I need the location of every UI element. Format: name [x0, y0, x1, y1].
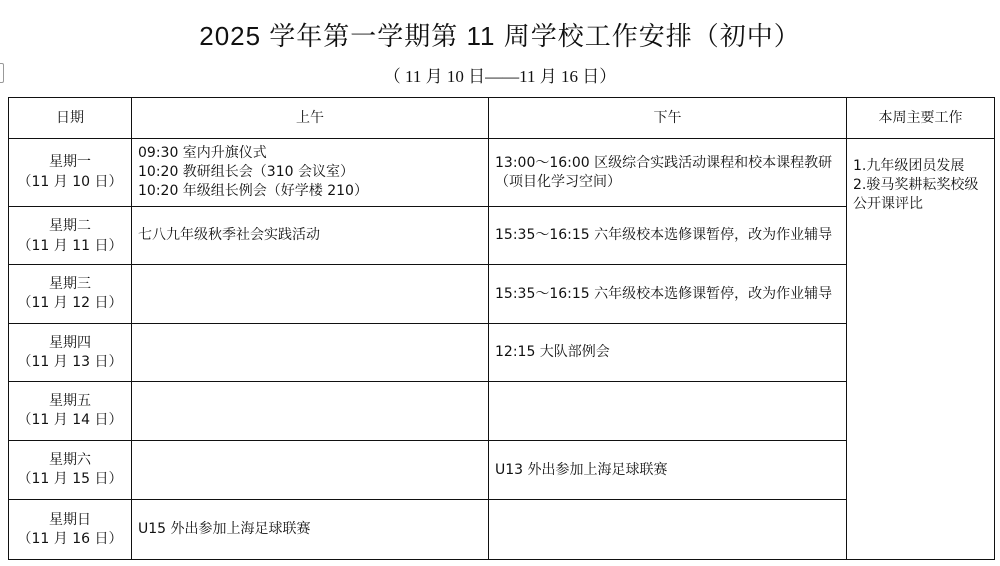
morning-cell: [132, 265, 489, 324]
header-row: 日期 上午 下午 本周主要工作: [9, 98, 995, 139]
morning-cell: 七八九年级秋季社会实践活动: [132, 207, 489, 265]
header-morning: 上午: [132, 98, 489, 139]
afternoon-cell: [489, 500, 847, 560]
afternoon-cell: 12:15 大队部例会: [489, 324, 847, 382]
morning-cell: 09:30 室内升旗仪式 10:20 教研组长会（310 会议室） 10:20 …: [132, 139, 489, 207]
date-label: （11 月 14 日）: [15, 411, 125, 430]
main-work-item: 1.九年级团员发展: [853, 157, 988, 176]
weekday-label: 星期二: [15, 216, 125, 236]
afternoon-cell: 15:35～16:15 六年级校本选修课暂停，改为作业辅导: [489, 265, 847, 324]
date-label: （11 月 13 日）: [15, 353, 125, 372]
morning-cell: [132, 441, 489, 500]
table-row-monday: 星期一 （11 月 10 日） 09:30 室内升旗仪式 10:20 教研组长会…: [9, 139, 995, 207]
date-cell: 星期六 （11 月 15 日）: [9, 441, 132, 500]
date-label: （11 月 12 日）: [15, 294, 125, 313]
date-label: （11 月 10 日）: [15, 172, 125, 192]
afternoon-cell: 15:35～16:15 六年级校本选修课暂停，改为作业辅导: [489, 207, 847, 265]
header-afternoon: 下午: [489, 98, 847, 139]
schedule-table: 日期 上午 下午 本周主要工作 星期一 （11 月 10 日） 09:30 室内…: [8, 97, 995, 560]
afternoon-cell: U13 外出参加上海足球联赛: [489, 441, 847, 500]
date-cell: 星期四 （11 月 13 日）: [9, 324, 132, 382]
header-main-work: 本周主要工作: [847, 98, 995, 139]
main-work-cell: 1.九年级团员发展 2.骏马奖耕耘奖校级公开课评比: [847, 139, 995, 560]
weekday-label: 星期五: [15, 392, 125, 411]
morning-cell: [132, 382, 489, 441]
date-cell: 星期二 （11 月 11 日）: [9, 207, 132, 265]
date-cell: 星期五 （11 月 14 日）: [9, 382, 132, 441]
header-date: 日期: [9, 98, 132, 139]
date-label: （11 月 11 日）: [15, 236, 125, 256]
document-subtitle: （ 11 月 10 日——11 月 16 日）: [0, 62, 1000, 87]
weekday-label: 星期日: [15, 511, 125, 530]
date-cell: 星期三 （11 月 12 日）: [9, 265, 132, 324]
morning-cell: [132, 324, 489, 382]
weekday-label: 星期四: [15, 334, 125, 353]
afternoon-cell: [489, 382, 847, 441]
date-cell: 星期日 （11 月 16 日）: [9, 500, 132, 560]
weekday-label: 星期一: [15, 153, 125, 172]
weekday-label: 星期三: [15, 275, 125, 294]
date-cell: 星期一 （11 月 10 日）: [9, 139, 132, 207]
date-label: （11 月 15 日）: [15, 470, 125, 489]
morning-cell: U15 外出参加上海足球联赛: [132, 500, 489, 560]
main-work-item: 2.骏马奖耕耘奖校级公开课评比: [853, 176, 988, 214]
document-title: 2025 学年第一学期第 11 周学校工作安排（初中）: [0, 16, 1000, 53]
weekday-label: 星期六: [15, 451, 125, 470]
afternoon-cell: 13:00～16:00 区级综合实践活动课程和校本课程教研（项目化学习空间）: [489, 139, 847, 207]
date-label: （11 月 16 日）: [15, 530, 125, 549]
